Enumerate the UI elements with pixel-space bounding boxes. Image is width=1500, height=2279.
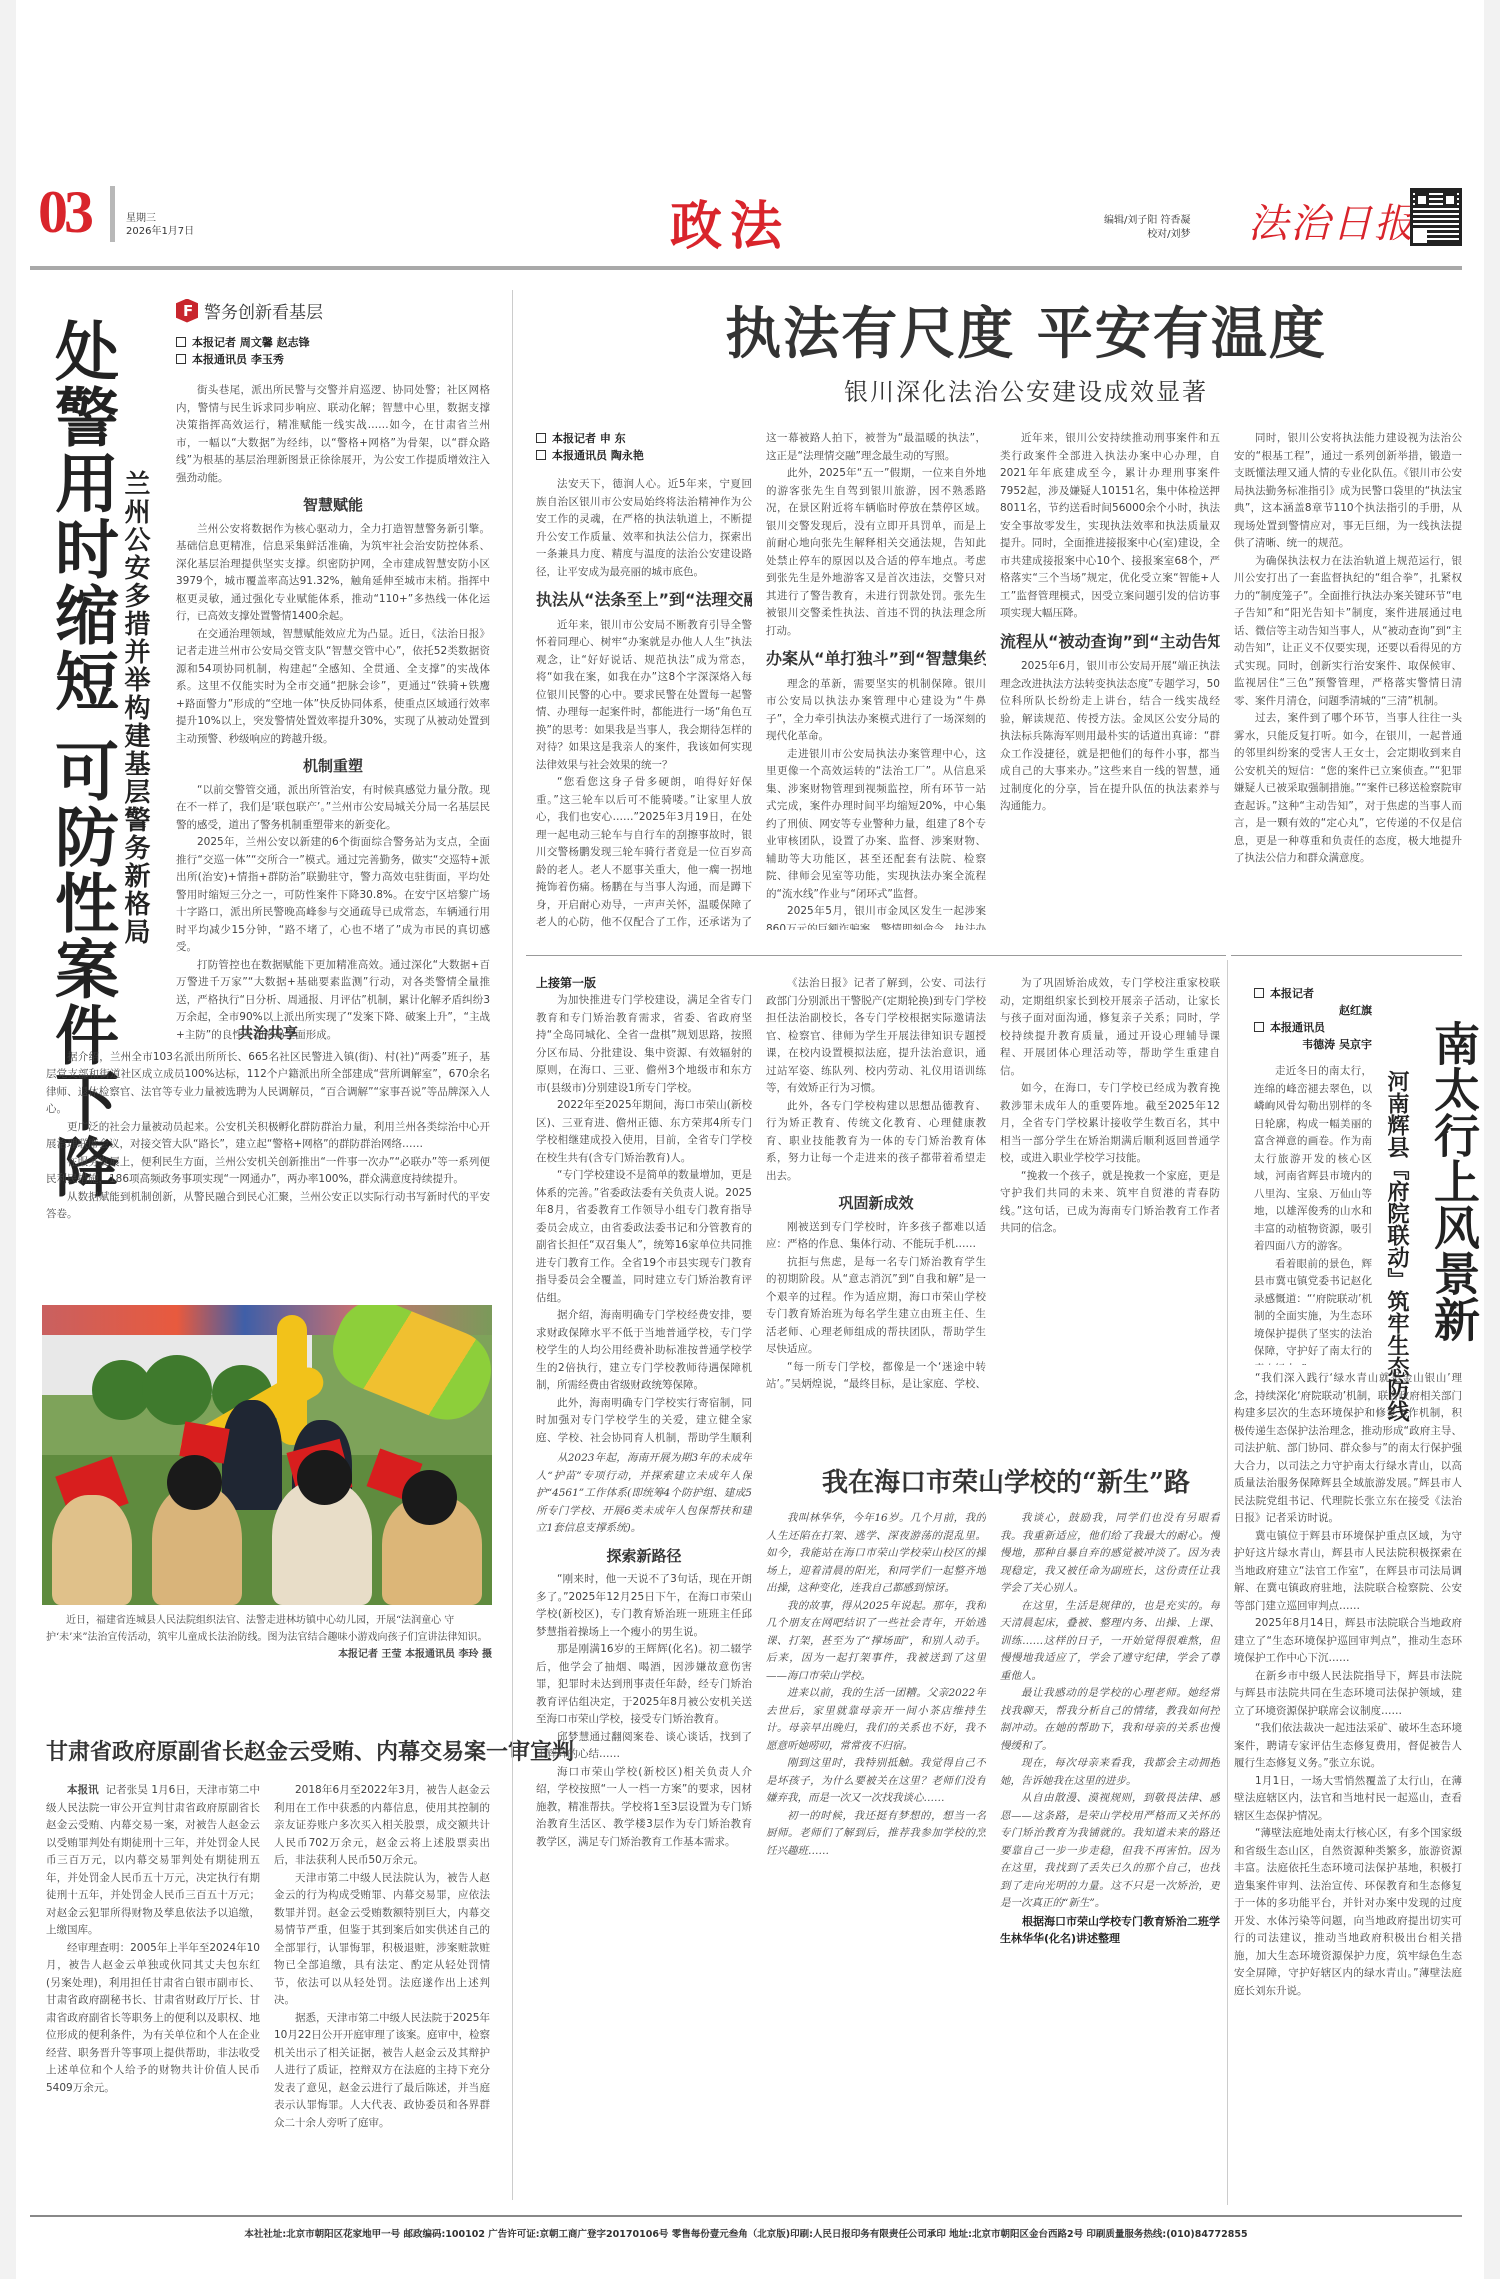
paragraph: 如今，在海口，专门学校已经成为教育挽救涉罪未成年人的重要阵地。截至2025年12… — [1000, 1080, 1220, 1168]
section-heading: 办案从“单打独斗”到“智慧集约” — [766, 650, 986, 668]
paragraph: “我们依法裁决一起违法采矿、破坏生态环境案件，聘请专家评估生态修复费用，督促被告… — [1234, 1720, 1462, 1773]
paragraph: “以前交警管交通，派出所管治安，有时候真感觉力量分散。现在不一样了，我们是‘联包… — [176, 782, 490, 835]
paragraph: 从自由散漫、漠视规则，到敬畏法律、感恩——这条路，是荣山学校用严格而又关怀的专门… — [1000, 1790, 1220, 1913]
column-logo-icon: F — [176, 299, 198, 323]
yinchuan-col3: 近年来，银川公安持续推动刑事案件和五类行政案件全部进入执法办案中心办理，自202… — [1000, 430, 1220, 930]
byline-reporter: 赵红旗 — [1254, 1002, 1372, 1019]
paragraph: 经审理查明：2005年上半年至2024年10月，被告人赵金云单独或伙同其丈夫包东… — [46, 1940, 260, 2098]
paragraph: 天津市第二中级人民法院认为，被告人赵金云的行为构成受贿罪、内幕交易罪，应依法数罪… — [274, 1870, 490, 2010]
masthead-rule — [30, 266, 1462, 270]
publisher-footer: 本社社址:北京市朝阳区花家地甲一号 邮政编码:100102 广告许可证:京朝工商… — [30, 2226, 1462, 2240]
paragraph: 为了巩固矫治成效，专门学校注重家校联动，定期组织家长到校开展亲子活动，让家长与孩… — [1000, 975, 1220, 1080]
paragraph: 此外，2025年“五一”假期，一位来自外地的游客张先生自驾到银川旅游，因不熟悉路… — [766, 465, 986, 640]
paragraph: “您看您这身子骨多硬朗，咱得好好保重。”这三轮车以后可不能骑喽。”让家里人放心，… — [536, 774, 752, 930]
paragraph: 2022年至2025年期间，海口市荣山(新校区)、三亚育进、儋州正德、东方荣邦4… — [536, 1097, 752, 1167]
column-tag: F 警务创新看基层 — [176, 298, 323, 323]
column-divider — [512, 290, 513, 2200]
section-heading: 执法从“法条至上”到“法理交融” — [536, 591, 752, 609]
paragraph: “薄壁法庭地处南太行核心区，有多个国家级和省级生态山区，自然资源种类繁多，旅游资… — [1234, 1825, 1462, 2000]
rongshan-col2: 我谈心，鼓励我，同学们也没有另眼看我。我重新适应，他们给了我最大的耐心。慢慢地，… — [1000, 1510, 1220, 2210]
paragraph: 此外，海南明确专门学校实行寄宿制，同时加强对专门学校学生的关爱，建立健全家庭、学… — [536, 1395, 752, 1446]
byline-reporter: 本报记者 周文馨 赵志锋 — [176, 334, 490, 351]
paragraph: 2025年，兰州公安以新建的6个街面综合警务站为支点，全面推行“交巡一体”“交所… — [176, 834, 490, 957]
proofreader: 校对/刘梦 — [1104, 228, 1191, 242]
paragraph: 我的故事，得从2025年说起。那年，我和几个朋友在网吧结识了一些社会青年，开始逃… — [766, 1598, 986, 1686]
section-title: 政法 — [670, 184, 790, 259]
main-headline: 执法有尺度 平安有温度 — [616, 290, 1436, 370]
paragraph: 进来以前，我的生活一团糟。父亲2022年去世后，家里就靠母亲开一间小茶店维持生计… — [766, 1685, 986, 1755]
paragraph: 在新乡市中级人民法院指导下，辉县市法院与辉县市法院共同在生态环境司法保护领域，建… — [1234, 1668, 1462, 1721]
paragraph: 从数据赋能到机制创新，从警民融合到民心汇聚，兰州公安正以实际行动书写新时代的平安… — [46, 1189, 490, 1224]
qr-code-icon[interactable] — [1410, 188, 1462, 246]
byline-correspondent-label: 本报通讯员 — [1254, 1019, 1372, 1036]
paragraph: 看着眼前的景色，辉县市冀屯镇党委书记赵化录感慨道：“‘府院联动’机制的全面实施，… — [1254, 1256, 1372, 1366]
paragraph: 我谈心，鼓励我，同学们也没有另眼看我。我重新适应，他们给了我最大的耐心。慢慢地，… — [1000, 1510, 1220, 1598]
paragraph: 更广泛的社会力量被动员起来。公安机关积极孵化群防群治力量，利用兰州各类综治中心开… — [46, 1119, 490, 1154]
yinchuan-col4: 同时，银川公安将执法能力建设视为法治公安的“根基工程”，通过一系列创新举措，锻造… — [1234, 430, 1462, 930]
section-divider — [526, 955, 1226, 956]
news-photo — [42, 1305, 492, 1605]
date: 2026年1月7日 — [126, 225, 194, 238]
nantaihang-bottom-col: “我们深入践行‘绿水青山就是金山银山’理念，持续深化‘府院联动’机制，联合政府相… — [1234, 1370, 1462, 2208]
section-divider — [1231, 955, 1462, 956]
gansu-lead: 本报讯 记者张昊 1月6日，天津市第二中级人民法院一审公开宣判甘肃省政府原副省长… — [46, 1782, 260, 1940]
paragraph: 近年来，银川公安持续推动刑事案件和五类行政案件全部进入执法办案中心办理，自202… — [1000, 430, 1220, 623]
paragraph: “我们深入践行‘绿水青山就是金山银山’理念，持续深化‘府院联动’机制，联合政府相… — [1234, 1370, 1462, 1528]
paragraph: 在服务发展上，便利民生方面，兰州公安机关创新推出“一件事一次办”“必联办”等一系… — [46, 1154, 490, 1189]
paragraph: “刚来时，他一天说不了3句话，现在开朗多了。”2025年12月25日下午，在海口… — [536, 1571, 752, 1641]
byline-reporter-label: 本报记者 — [1254, 985, 1372, 1002]
rongshan-headline: 我在海口市荣山学校的“新生”路 — [786, 1462, 1226, 1499]
continued-label: 上接第一版 — [536, 975, 752, 992]
yinchuan-col1: 本报记者 申 东 本报通讯员 陶永艳 法安天下，德润人心。近5年来，宁夏回族自治… — [536, 430, 752, 930]
paragraph: 据悉，天津市第二中级人民法院于2025年10月22日公开开庭审理了该案。庭审中，… — [274, 2010, 490, 2133]
paragraph: 我叫林华华，今年16岁。几个月前，我的人生还陷在打架、逃学、深夜游荡的混乱里。如… — [766, 1510, 986, 1598]
paragraph: 为确保执法权力在法治轨道上规范运行，银川公安打出了一套监督执纪的“组合拳”，扎紧… — [1234, 553, 1462, 711]
paragraph: 2025年6月，银川市公安局开展“端正执法理念改进执法方法转变执法态度”专题学习… — [1000, 658, 1220, 816]
newspaper-page: 03 星期三 2026年1月7日 政法 编辑/刘子阳 符香凝 校对/刘梦 法治日… — [16, 0, 1484, 2279]
nantaihang-top-col: 本报记者 赵红旗 本报通讯员 韦德涛 吴京宇 走近冬日的南太行，连绵的峰峦褪去翠… — [1254, 985, 1372, 1365]
gansu-body-col1: 本报讯 记者张昊 1月6日，天津市第二中级人民法院一审公开宣判甘肃省政府原副省长… — [46, 1782, 260, 2207]
paragraph: 那是刚满16岁的王辉辉(化名)。初二辍学后，他学会了抽烟、喝酒，因涉嫌故意伤害罪… — [536, 1641, 752, 1729]
paragraph: 据介绍，海南明确专门学校经费安排，要求财政保障水平不低于当地普通学校，专门学校学… — [536, 1307, 752, 1395]
paragraph: 走近冬日的南太行，连绵的峰峦褪去翠色，以嶙峋风骨勾勒出别样的冬日轮廓，构成一幅美… — [1254, 1063, 1372, 1256]
gansu-headline: 甘肃省政府原副省长赵金云受贿、内幕交易案一审宣判 — [46, 1735, 496, 1766]
yinchuan-intro: 法安天下，德润人心。近5年来，宁夏回族自治区银川市公安局始终将法治精神作为公安工… — [536, 476, 752, 581]
editors: 编辑/刘子阳 符香凝 — [1104, 214, 1191, 228]
photo-caption: 近日，福建省连城县人民法院组织法官、法警走进林坊镇中心幼儿园，开展“法润童心 守… — [46, 1612, 492, 1663]
section-heading: 探索新路径 — [536, 1548, 752, 1566]
page-number-divider — [110, 186, 115, 242]
paragraph: 刚到这里时，我特别抵触。我觉得自己不是坏孩子，为什么要被关在这里？老师们没有嫌弃… — [766, 1755, 986, 1808]
byline-correspondent: 本报通讯员 陶永艳 — [536, 447, 752, 464]
paragraph: 现在，每次母亲来看我，我都会主动拥抱她，告诉她我在这里的进步。 — [1000, 1755, 1220, 1790]
section-heading: 巩固新成效 — [766, 1195, 986, 1213]
paragraph: 走进银川市公安局执法办案管理中心，这里更像一个高效运转的“法治工厂”。从信息采集… — [766, 746, 986, 904]
byline-correspondent: 韦德涛 吴京宇 — [1254, 1036, 1372, 1053]
paragraph: 理念的革新，需要坚实的机制保障。银川市公安局以执法办案管理中心建设为“牛鼻子”，… — [766, 676, 986, 746]
hainan-col3: 为了巩固矫治成效，专门学校注重家校联动，定期组织家长到校开展亲子活动，让家长与孩… — [1000, 975, 1220, 1395]
paragraph: 据介绍，兰州全市103名派出所所长、665名社区民警进入镇(街)、村(社)“两委… — [46, 1049, 490, 1119]
paragraph: 2025年5月，银川市金凤区发生一起涉案860万元的巨额诈骗案，警情即刻命令，执… — [766, 903, 986, 930]
rongshan-attribution: 根据海口市荣山学校专门教育矫治二班学生林华华(化名)讲述整理 — [1000, 1913, 1220, 1947]
footer-rule — [30, 2215, 1462, 2217]
paragraph: 近年来，银川市公安局不断教育引导全警怀着同理心、树牢“办案就是办他人人生”执法观… — [536, 617, 752, 775]
byline-correspondent: 本报通讯员 李玉秀 — [176, 351, 490, 368]
byline-reporter: 本报记者 申 东 — [536, 430, 752, 447]
masthead: 03 星期三 2026年1月7日 政法 编辑/刘子阳 符香凝 校对/刘梦 法治日… — [30, 170, 1462, 260]
paragraph: 邱梦慧通过翻阅案卷、谈心谈话，找到了王辉辉的心结…… — [536, 1729, 752, 1764]
paragraph: 在这里，生活是规律的，也是充实的。每天清晨起床，叠被、整理内务、出操、上课、训练… — [1000, 1598, 1220, 1686]
paragraph: 为加快推进专门学校建设，满足全省专门教育和专门矫治教育需求，省委、省政府坚持“全… — [536, 992, 752, 1097]
lanzhou-body-bottom: 共治共享 据介绍，兰州全市103名派出所所长、665名社区民警进入镇(街)、村(… — [46, 1025, 490, 1285]
weekday: 星期三 — [126, 212, 194, 225]
page-number: 03 — [38, 182, 90, 242]
section-heading: 智慧赋能 — [176, 497, 490, 515]
yinchuan-col2: 这一幕被路人拍下，被誉为“最温暖的执法”，这正是“法理情交融”理念最生动的写照。… — [766, 430, 986, 930]
paragraph: 2025年8月14日，辉县市法院联合当地政府建立了“生态环境保护巡回审判点”，推… — [1234, 1615, 1462, 1668]
section-heading: 流程从“被动查询”到“主动告知” — [1000, 633, 1220, 651]
paragraph: 同时，银川公安将执法能力建设视为法治公安的“根基工程”，通过一系列创新举措，锻造… — [1234, 430, 1462, 553]
paragraph: 此外，各专门学校构建以思想品德教育、行为矫正教育、传统文化教育、心理健康教育、职… — [766, 1098, 986, 1186]
paragraph: 抗拒与焦虑，是每一名专门矫治教育学生的初期阶段。从“意志消沉”到“自我和解”是一… — [766, 1254, 986, 1359]
column-divider — [1227, 960, 1228, 2205]
nantaihang-headline: 南太行上风景新 — [1428, 1020, 1480, 1342]
paragraph: 初一的时候，我还挺有梦想的，想当一名厨师。老师们了解到后，推荐我参加学校的烹饪兴… — [766, 1808, 986, 1861]
rongshan-col1: 我叫林华华，今年16岁。几个月前，我的人生还陷在打架、逃学、深夜游荡的混乱里。如… — [766, 1510, 986, 2210]
paragraph: “挽救一个孩子，就是挽救一个家庭，更是守护我们共同的未来、筑牢自贸港的青春防线。… — [1000, 1168, 1220, 1238]
editor-credits: 编辑/刘子阳 符香凝 校对/刘梦 — [1104, 214, 1191, 242]
paragraph: 最让我感动的是学校的心理老师。她经常找我聊天，帮我分析自己的情绪，教我如何控制冲… — [1000, 1685, 1220, 1755]
paragraph: 兰州公安将数据作为核心驱动力，全力打造智慧警务新引擎。基础信息更精准，信息采集鲜… — [176, 521, 490, 626]
paragraph: 《法治日报》记者了解到，公安、司法行政部门分别派出干警脱产(定期轮换)到专门学校… — [766, 975, 986, 1098]
lanzhou-subheadline: 兰州公安多措并举构建基层警务新格局 — [120, 470, 150, 946]
photo-credit: 本报记者 王莹 本报通讯员 李玲 摄 — [338, 1646, 492, 1663]
paragraph: 这一幕被路人拍下，被誉为“最温暖的执法”，这正是“法理情交融”理念最生动的写照。 — [766, 430, 986, 465]
paragraph: 从2023年起，海南开展为期3年的未成年人“护苗”专项行动，并探索建立未成年人保… — [536, 1450, 752, 1538]
newspaper-logo: 法治日报 — [1248, 192, 1416, 249]
main-subheadline: 银川深化法治公安建设成效显著 — [616, 372, 1436, 407]
paragraph: 在交通治理领域，智慧赋能效应尤为凸显。近日，《法治日报》记者走进兰州市公安局交管… — [176, 626, 490, 749]
section-heading: 机制重塑 — [176, 758, 490, 776]
caption-text: 近日，福建省连城县人民法院组织法官、法警走进林坊镇中心幼儿园，开展“法润童心 守… — [46, 1612, 492, 1646]
paragraph: “专门学校建设不是简单的数量增加，更是体系的完善。”省委政法委有关负责人说。20… — [536, 1167, 752, 1307]
issue-date: 星期三 2026年1月7日 — [126, 212, 194, 238]
column-tag-label: 警务创新看基层 — [204, 298, 323, 323]
hainan-col1-lower: 从2023年起，海南开展为期3年的未成年人“护苗”专项行动，并探索建立未成年人保… — [536, 1450, 752, 2205]
paragraph: “每一所专门学校，都像是一个‘迷途中转站’。”吴炳煌说，“最终目标，是让家庭、学… — [766, 1359, 986, 1396]
gansu-body-col2: 2018年6月至2022年3月，被告人赵金云利用在工作中获悉的内幕信息，使用其控… — [274, 1782, 490, 2207]
section-heading: 共治共享 — [46, 1025, 490, 1043]
paragraph: 冀屯镇位于辉县市环境保护重点区域，为守护好这片绿水青山，辉县市人民法院积极探索在… — [1234, 1528, 1462, 1616]
paragraph: 刚被送到专门学校时，许多孩子都难以适应：严格的作息、集体行动、不能玩手机…… — [766, 1219, 986, 1254]
paragraph: 过去，案件到了哪个环节，当事人往往一头雾水，只能反复打听。如今，在银川，一起普通… — [1234, 710, 1462, 868]
hainan-col2: 《法治日报》记者了解到，公安、司法行政部门分别派出干警脱产(定期轮换)到专门学校… — [766, 975, 986, 1395]
paragraph: 1月1日，一场大雪悄然覆盖了太行山，在薄壁法庭辖区内，法官和当地村民一起巡山，查… — [1234, 1773, 1462, 1826]
paragraph: 2018年6月至2022年3月，被告人赵金云利用在工作中获悉的内幕信息，使用其控… — [274, 1782, 490, 1870]
lanzhou-intro: 街头巷尾，派出所民警与交警并肩巡逻、协同处警；社区网格内，警情与民生诉求同步响应… — [176, 382, 490, 487]
paragraph: 海口市荣山学校(新校区)相关负责人介绍，学校按照“一人一档一方案”的要求，因材施… — [536, 1764, 752, 1852]
hainan-col1: 上接第一版 为加快推进专门学校建设，满足全省专门教育和专门矫治教育需求，省委、省… — [536, 975, 752, 1445]
